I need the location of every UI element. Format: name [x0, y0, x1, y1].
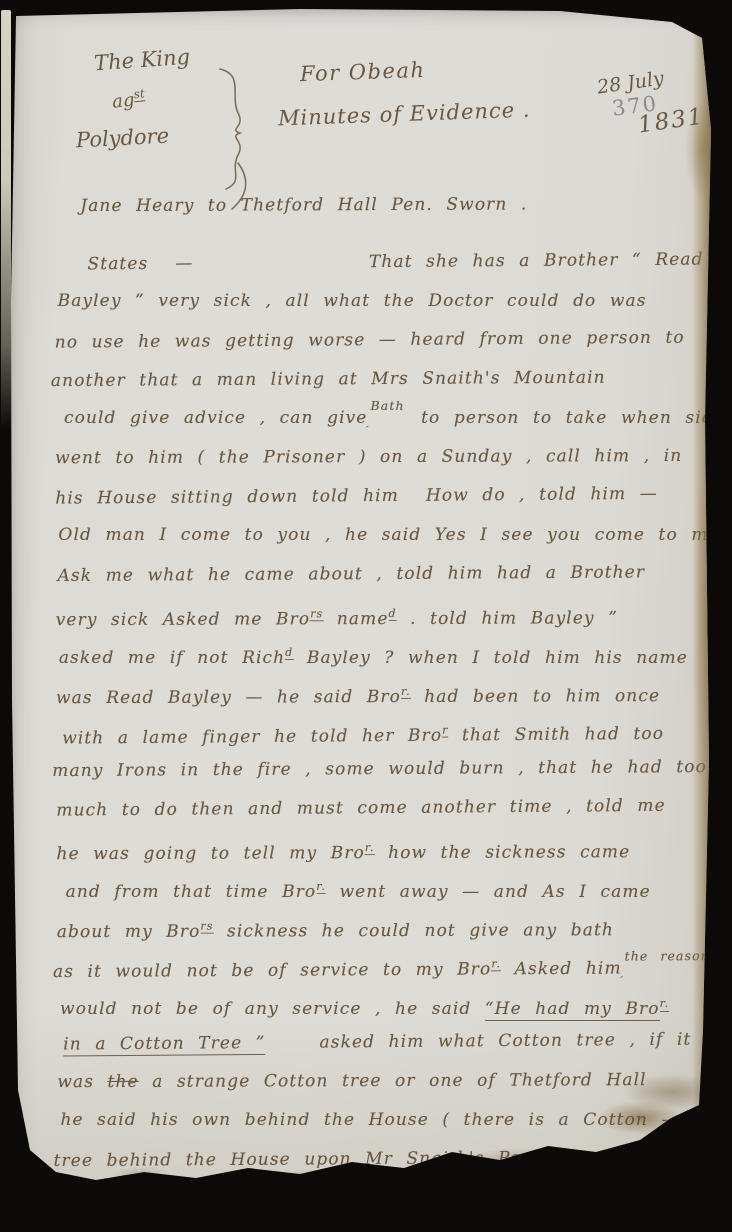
text-segment: he was going to tell my Bro	[56, 843, 364, 864]
case-versus-abbreviation: agst	[111, 86, 146, 112]
manuscript-line: Bayley ” very sick , all what the Doctor…	[58, 282, 720, 321]
text-segment: in a	[518, 1193, 575, 1213]
text-segment: r.	[491, 957, 501, 971]
text-segment: asked me if not Rich	[59, 648, 285, 668]
manuscript-line: would not be of any service , he said “H…	[60, 984, 722, 1023]
manuscript-line: much to do then and must come another ti…	[56, 786, 718, 830]
manuscript-line: about my Brors sickness he could not giv…	[57, 905, 719, 946]
manuscript-lines: Jane Heary to Thetford Hall Pen. Sworn .…	[54, 185, 720, 1219]
manuscript-line: Jane Heary to Thetford Hall Pen. Sworn .	[54, 185, 716, 226]
text-segment: the	[108, 1072, 139, 1092]
manuscript-line: Old man I come to you , he said Yes I se…	[58, 516, 720, 555]
document-type-title: Minutes of Evidence .	[278, 98, 531, 131]
text-segment: could give advice , can give	[64, 408, 367, 428]
text-segment: with a lame finger he told her Bro	[62, 726, 442, 749]
text-segment: r.	[316, 880, 326, 894]
text-segment: why it	[720, 957, 732, 977]
charge-title: For Obeah	[300, 58, 426, 86]
manuscript-line: no use he was getting worse — heard from…	[55, 318, 717, 362]
manuscript-line: went to him ( the Prisoner ) on a Sunday…	[55, 437, 717, 478]
text-segment: a strange Cotton tree or one of Thetford…	[139, 1070, 647, 1092]
manuscript-line: asked me if not Richd Bayley ? when I to…	[59, 633, 721, 672]
text-segment: many Irons in the fire , some would burn…	[52, 757, 707, 781]
text-segment: sickness he could not give any bath	[213, 920, 613, 941]
text-segment: that Smith had too	[448, 724, 664, 746]
text-segment: Bath	[370, 400, 404, 412]
versus-text: ag	[111, 89, 135, 112]
text-segment: he said his own behind the House ( there…	[60, 1110, 679, 1130]
manuscript-line: was the a strange Cotton tree or one of …	[57, 1061, 719, 1102]
text-segment: no use he was getting worse — heard from…	[55, 328, 685, 353]
text-segment: rs	[200, 920, 213, 934]
text-segment: tree behind the House upon Mr Snaith's P…	[54, 1148, 567, 1171]
text-segment: r.	[660, 997, 670, 1012]
manuscript-line: as it would not be of service to my Bror…	[53, 943, 715, 986]
text-segment: Bayley ” very sick , all what the Doctor…	[58, 291, 647, 311]
manuscript-line: Asked him the reason for putting my Bror…	[58, 1176, 720, 1220]
versus-superscript: st	[133, 86, 145, 102]
text-segment: was	[57, 1072, 107, 1092]
manuscript-line: very sick Asked me Brors named . told hi…	[56, 593, 718, 634]
text-segment: much to do then and must come another ti…	[56, 796, 666, 821]
text-segment: Ask me what he came about , told him had…	[57, 562, 645, 586]
text-segment: went to him ( the Prisoner ) on a Sunday…	[55, 446, 682, 468]
manuscript-line: could give advice , can giveBath to pers…	[58, 399, 720, 438]
text-segment: about my Bro	[57, 922, 201, 943]
text-segment: r.	[365, 841, 375, 855]
text-segment: rs	[310, 607, 323, 621]
manuscript-line: he said his own behind the House ( there…	[60, 1101, 722, 1140]
manuscript-line: many Irons in the fire , some would burn…	[52, 748, 714, 791]
text-segment: Jane Heary to Thetford Hall Pen. Sworn .	[80, 195, 527, 217]
archive-photo: { "colors":{ "backdrop":"#0b0a08", "pape…	[0, 0, 732, 1232]
manuscript-page: The King agst Polydore For Obeah Minutes…	[0, 0, 732, 1232]
manuscript-line: States — That she has a Brother “ Read	[54, 240, 716, 284]
manuscript-line: and from that time Bror. went away — and…	[60, 867, 722, 906]
text-segment: States — That she has a Brother “ Read	[60, 250, 703, 275]
text-segment: r.	[401, 685, 411, 699]
manuscript-line: with a lame finger he told her Bror that…	[56, 708, 718, 752]
manuscript-line: he was going to tell my Bror. how the si…	[56, 827, 718, 868]
adjacent-page-edge	[1, 10, 11, 430]
text-segment: r.	[508, 1191, 518, 1205]
text-segment: d	[388, 607, 396, 621]
text-segment: went away — and As I came	[326, 882, 651, 902]
text-segment: as it would not be of service to my Bro	[53, 959, 492, 982]
case-party-plaintiff: The King	[93, 45, 190, 76]
text-segment: would not be of any service , he said	[60, 999, 485, 1019]
text-segment: had been to him once	[411, 686, 660, 707]
text-segment: asked him what Cotton tree , if it	[265, 1030, 691, 1053]
case-party-defendant: Polydore	[75, 124, 169, 153]
text-segment: was Read Bayley — he said Bro	[56, 687, 401, 708]
text-segment: Old man I come to you , he said Yes I se…	[58, 525, 719, 545]
text-segment: Asked him	[501, 959, 622, 980]
text-segment: to person to take when sick ,	[408, 408, 732, 428]
text-segment: his House sitting down told him How do ,…	[55, 484, 658, 509]
text-segment: . told him Bayley ”	[397, 608, 618, 629]
manuscript-line: Ask me what he came about , told him had…	[51, 553, 713, 596]
text-segment: “He had my Bro	[485, 999, 660, 1021]
text-segment: very sick Asked me Bro	[56, 609, 311, 630]
manuscript-line: tree behind the House upon Mr Snaith's P…	[53, 1138, 715, 1181]
text-segment: in a Cotton Tree ”	[63, 1033, 265, 1057]
text-segment: Asked him the reason for putting my Bro	[64, 1193, 509, 1216]
page-deckle-edge	[692, 26, 713, 1108]
text-segment: Bayley ? when I told him his name	[293, 648, 688, 668]
manuscript-line: was Read Bayley — he said Bror. had been…	[56, 671, 718, 712]
text-segment: d	[285, 646, 293, 660]
text-segment: name	[323, 609, 388, 629]
manuscript-line: in a Cotton Tree ” asked him what Cotton…	[57, 1020, 719, 1064]
text-segment: how the sickness came	[375, 842, 631, 863]
text-segment: another that a man living at Mrs Snaith'…	[51, 368, 606, 391]
text-segment: and from that time Bro	[66, 882, 317, 902]
manuscript-line: another that a man living at Mrs Snaith'…	[51, 358, 713, 401]
manuscript-line: his House sitting down told him How do ,…	[55, 474, 717, 518]
